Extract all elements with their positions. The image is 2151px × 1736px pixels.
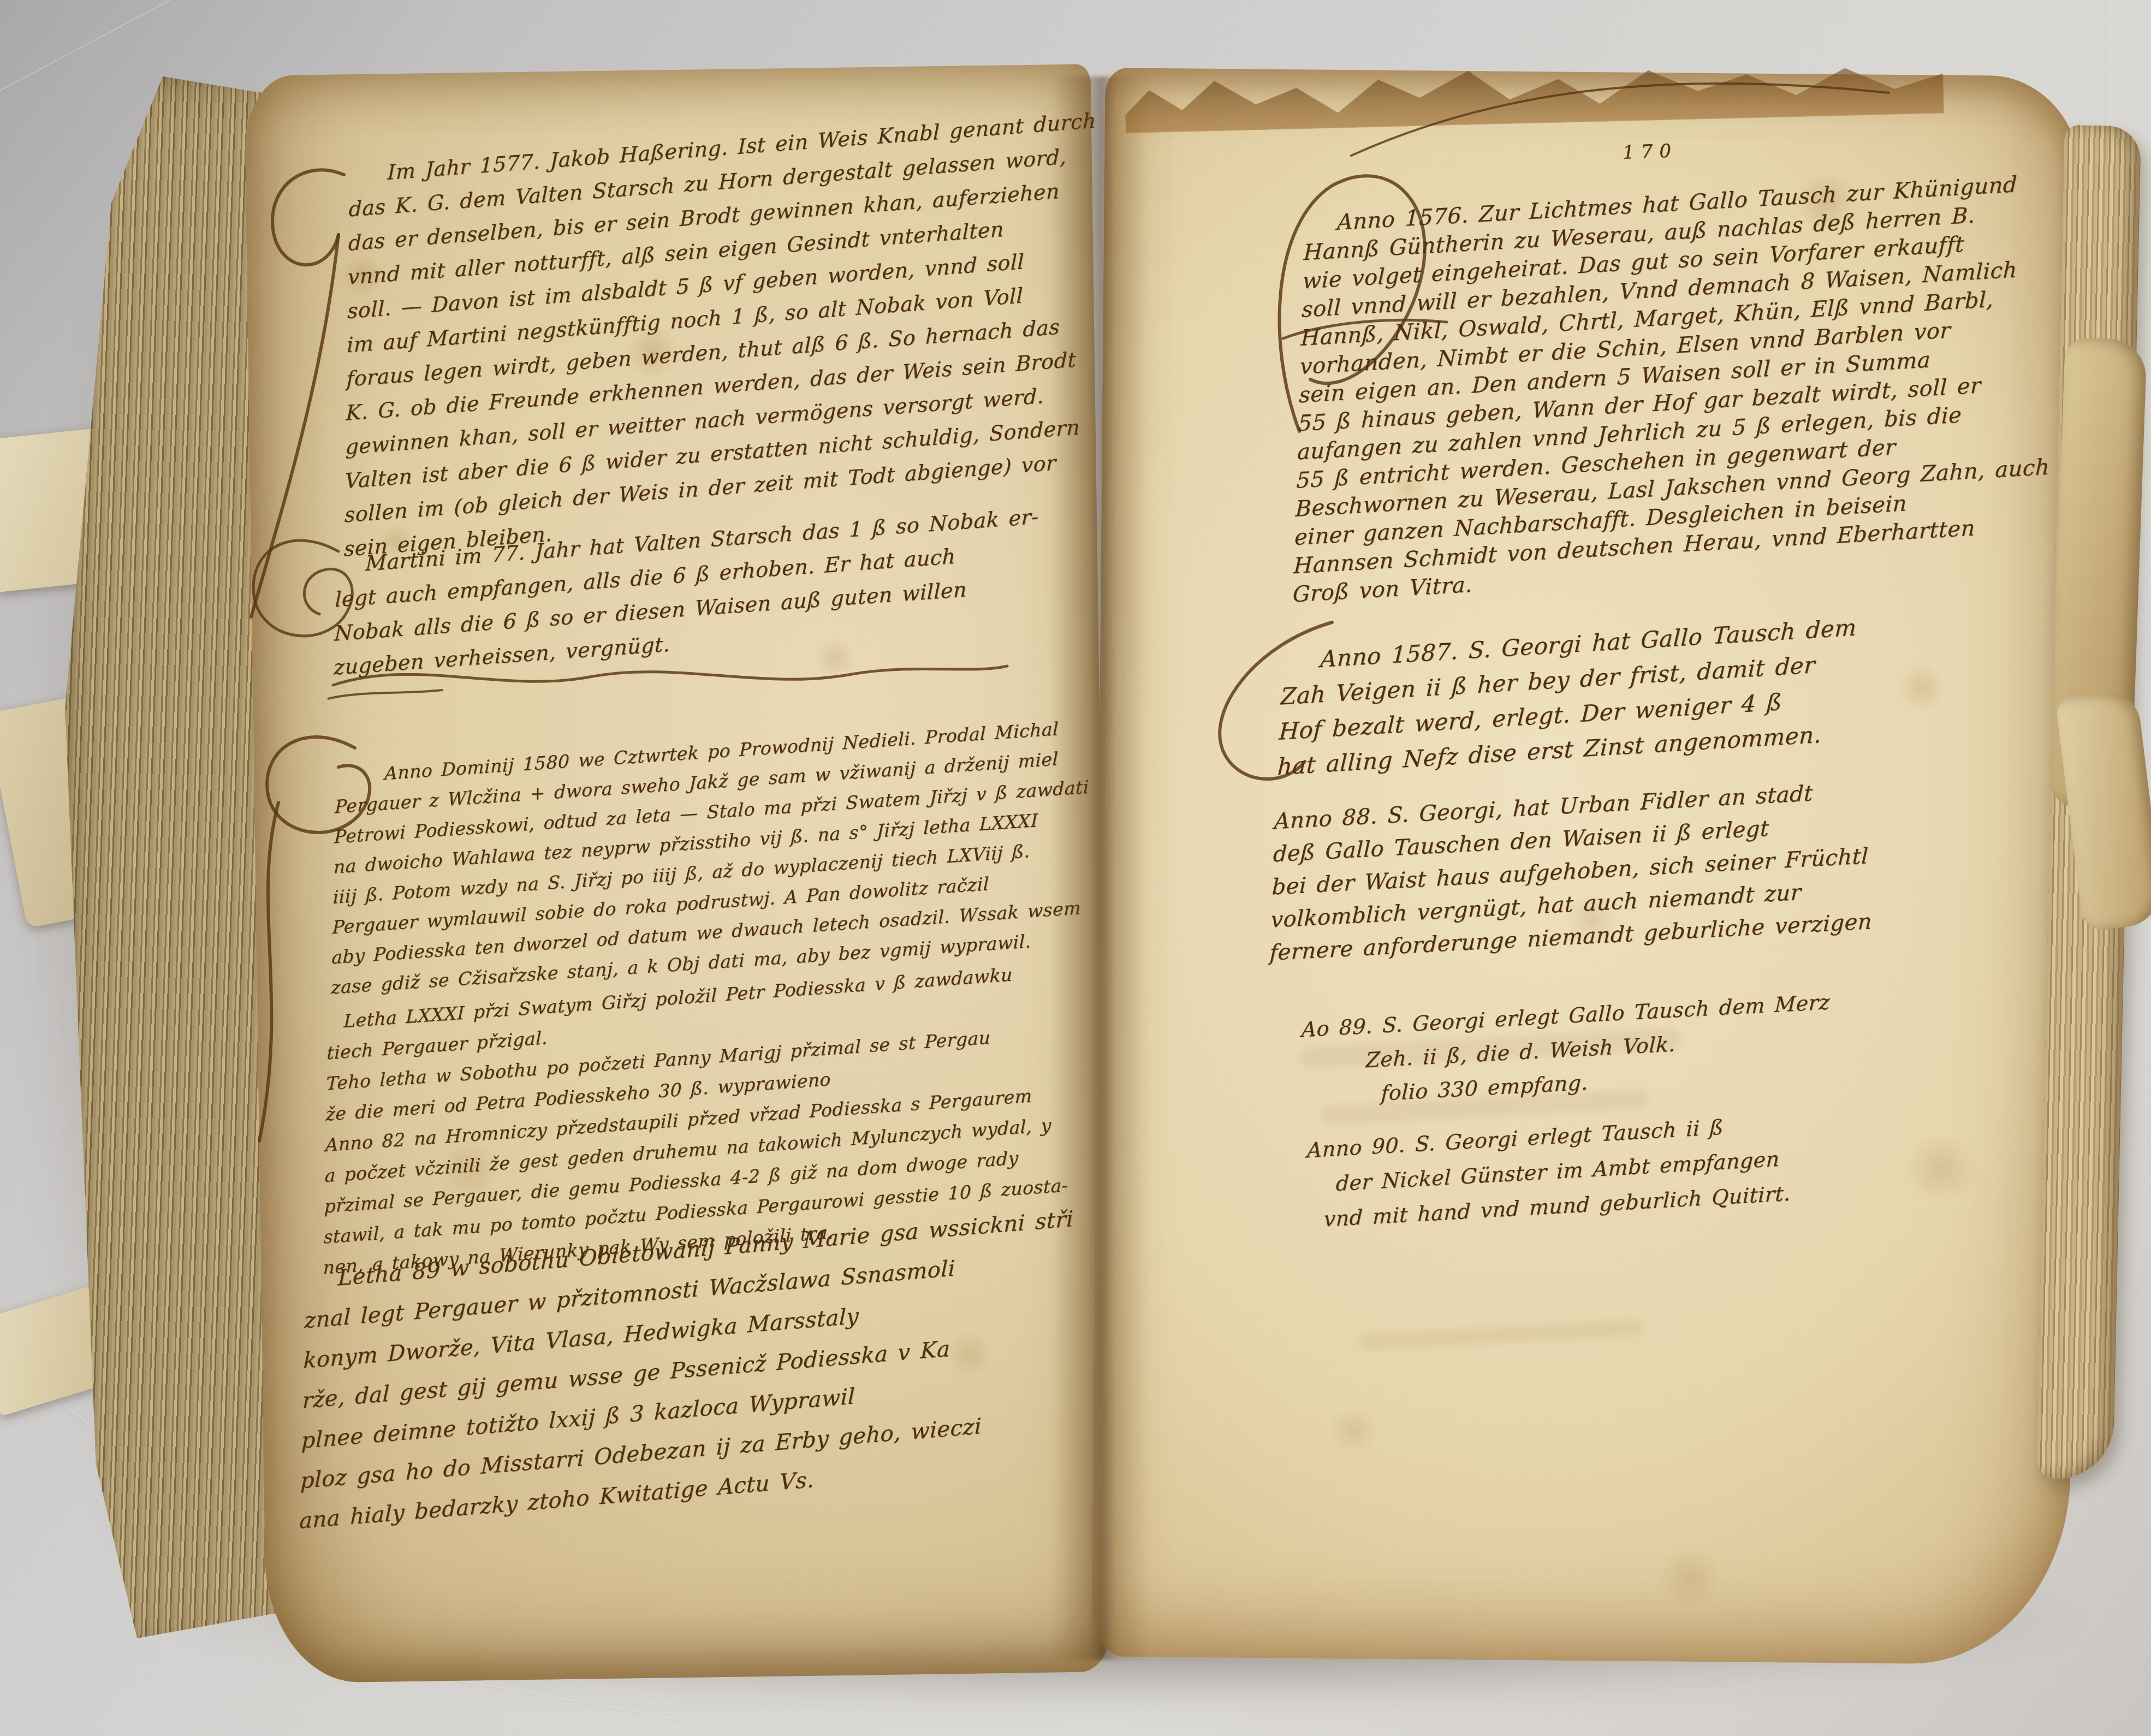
photograph-scene: Im Jahr 1577. Jakob Haßering. Ist ein We… xyxy=(0,0,2151,1736)
manuscript-paragraph-1577: Im Jahr 1577. Jakob Haßering. Ist ein We… xyxy=(344,107,1047,566)
page-number: 170 xyxy=(1622,140,1678,163)
manuscript-paragraph-1576: Anno 1576. Zur Lichtmes hat Gallo Tausch… xyxy=(1292,169,2041,609)
manuscript-paragraph-1580: Anno Dominij 1580 we Cztwrtek po Prowodn… xyxy=(331,714,1055,1003)
manuscript-paragraph-1589: Letha 89 w sobothu Obietowanij Panny Mar… xyxy=(299,1203,1035,1542)
